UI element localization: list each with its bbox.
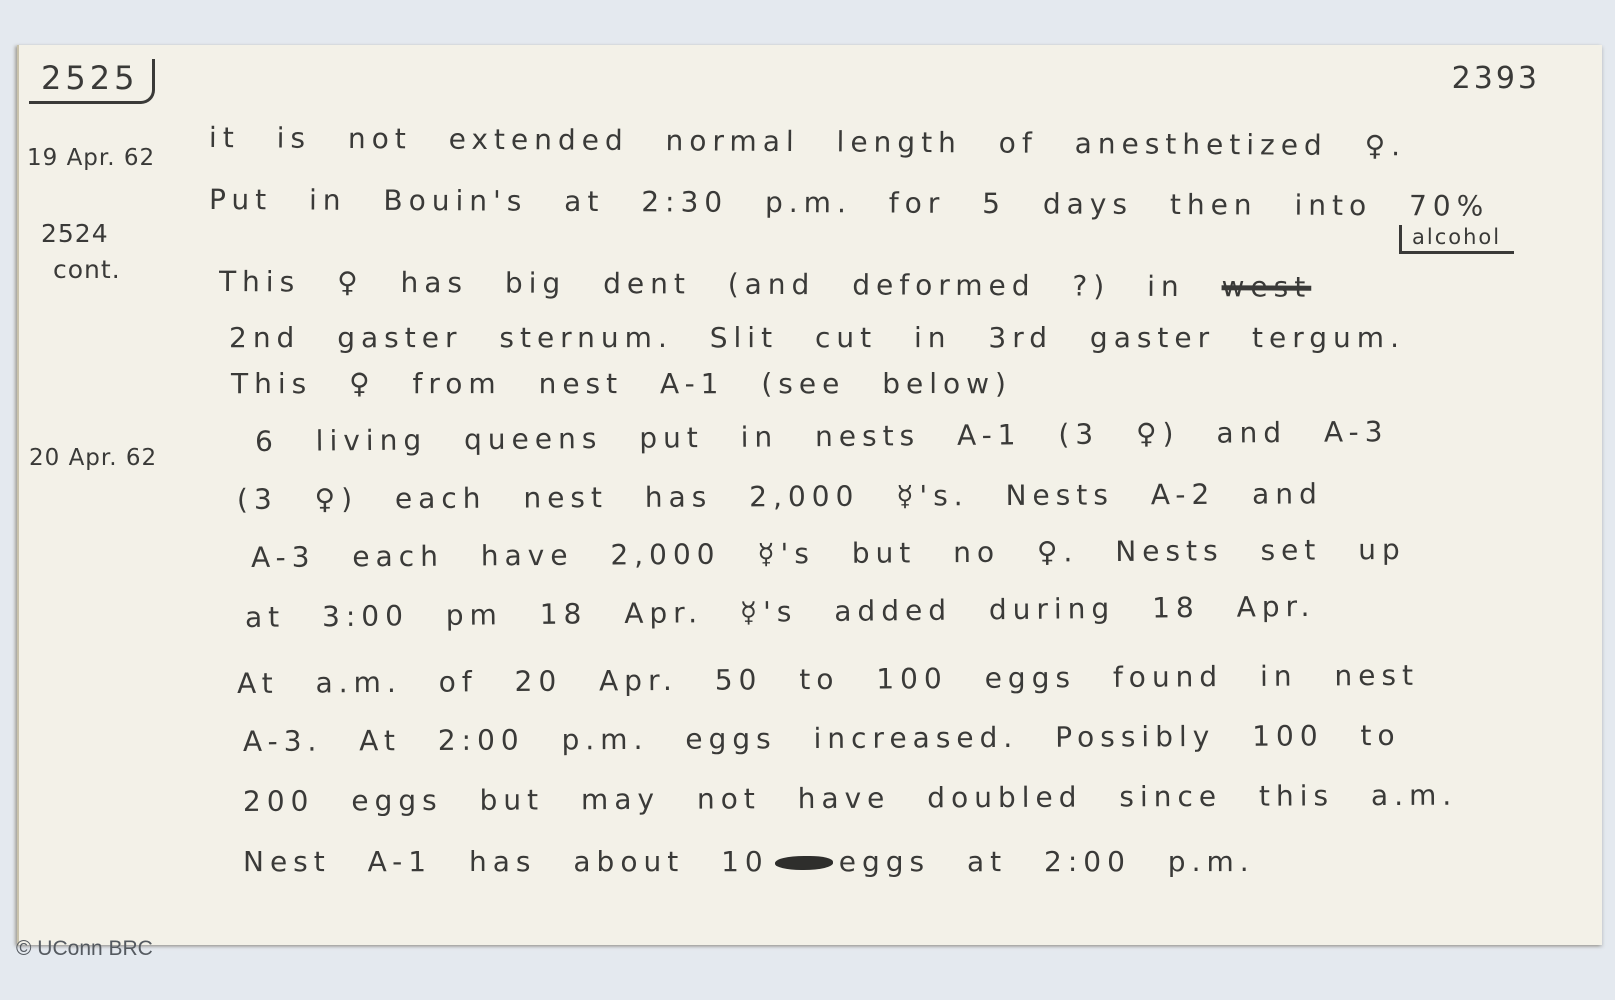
entry-1-line-1: it is not extended normal length of anes… [209,121,1406,162]
entry-1-line-4: 2nd gaster sternum. Slit cut in 3rd gast… [229,321,1405,354]
margin-note-cont: cont. [53,253,121,287]
entry-2-line-1: 6 living queens put in nests A-1 (3 ♀) a… [255,415,1389,458]
entry-date-1: 19 Apr. 62 [27,145,155,171]
entry-date-2: 20 Apr. 62 [29,445,157,471]
alcohol-annotation: alcohol [1399,225,1514,254]
margin-note-number: 2524 [41,217,109,251]
entry-2-line-8-start: Nest A-1 has about 10 [243,845,769,878]
struck-out-word: west [1221,270,1311,303]
entry-2-line-4: at 3:00 pm 18 Apr. ☿'s added during 18 A… [245,590,1316,634]
entry-1-line-2: Put in Bouin's at 2:30 p.m. for 5 days t… [209,183,1489,223]
ink-smudge [775,856,833,870]
copyright-notice: © UConn BRC [16,937,153,961]
entry-2-line-5: At a.m. of 20 Apr. 50 to 100 eggs found … [237,659,1419,700]
entry-2-line-3: A-3 each have 2,000 ☿'s but no ♀. Nests … [251,533,1406,574]
entry-1-line-5: This ♀ from nest A-1 (see below) [231,367,1012,400]
entry-2-line-2: (3 ♀) each nest has 2,000 ☿'s. Nests A-2… [237,477,1323,516]
entry-1-line-3-text: This ♀ has big dent (and deformed ?) in [219,265,1185,303]
index-card: 2525 2393 19 Apr. 62 2524 cont. it is no… [17,45,1602,945]
entry-2-line-7: 200 eggs but may not have doubled since … [243,779,1457,818]
entry-2-line-8-end: eggs at 2:00 p.m. [839,845,1255,878]
reference-number: 2393 [1452,61,1540,96]
card-number: 2525 [29,59,155,104]
entry-1-line-3: This ♀ has big dent (and deformed ?) in … [219,265,1311,304]
entry-2-line-6: A-3. At 2:00 p.m. eggs increased. Possib… [243,719,1401,758]
entry-2-line-8: Nest A-1 has about 10eggs at 2:00 p.m. [243,845,1255,878]
